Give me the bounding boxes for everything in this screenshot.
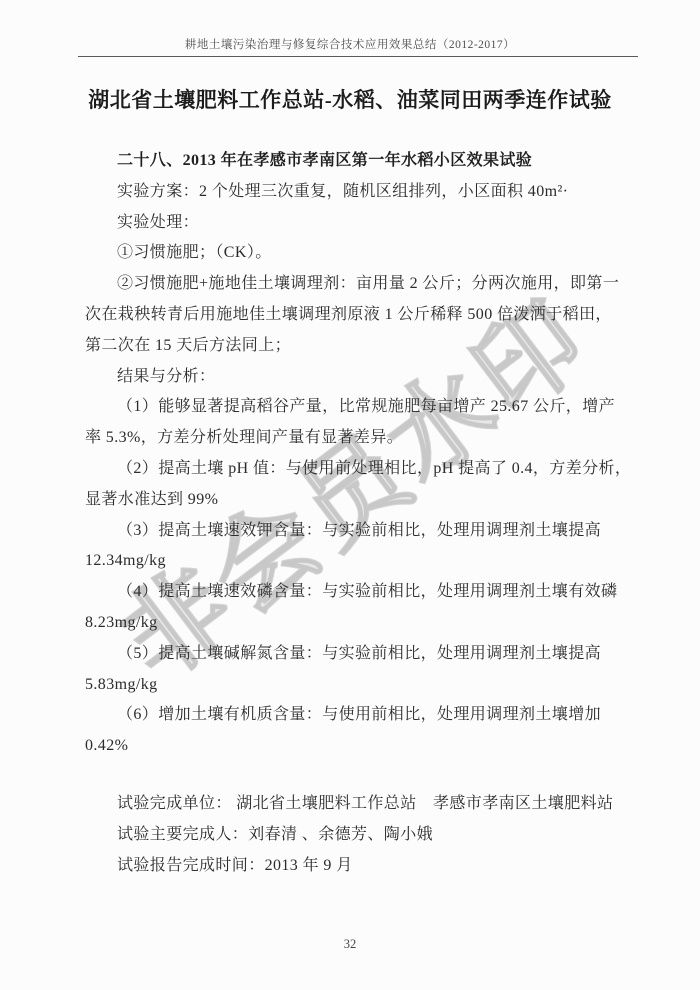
page-content-layer: 耕地土壤污染治理与修复综合技术应用效果总结（2012-2017） 湖北省土壤肥料… [0,0,700,990]
body-line: （4）提高土壤速效磷含量：与实验前相比，处理用调理剂土壤有效磷 [85,577,630,608]
body-line: ①习惯施肥；（CK）。 [85,238,630,269]
body-line: （6）增加土壤有机质含量：与使用前相比，处理用调理剂土壤增加 [85,700,630,731]
report-date-line: 试验报告完成时间：2013 年 9 月 [85,851,630,882]
body-line: （3）提高土壤速效钾含量：与实验前相比，处理用调理剂土壤提高 [85,516,630,547]
body-line: （1）能够显著提高稻谷产量，比常规施肥每亩增产 25.67 公斤，增产 [85,392,630,423]
body-line: （5）提高土壤碱解氮含量：与实验前相比，处理用调理剂土壤提高 [85,639,630,670]
section-heading: 二十八、2013 年在孝感市孝南区第一年水稻小区效果试验 [85,146,630,177]
body-line: 第二次在 15 天后方法同上； [85,331,630,362]
body-line: 显著水准达到 99% [85,485,630,516]
body-line: （2）提高土壤 pH 值：与使用前处理相比，pH 提高了 0.4，方差分析， [85,454,630,485]
body-line: 实验处理： [85,208,630,239]
completion-info-block: 试验完成单位： 湖北省土壤肥料工作总站 孝感市孝南区土壤肥料站 试验主要完成人：… [85,789,630,881]
document-page: 非会员水印 耕地土壤污染治理与修复综合技术应用效果总结（2012-2017） 湖… [0,0,700,990]
body-line: 12.34mg/kg [85,546,630,577]
body-line: 5.83mg/kg [85,670,630,701]
running-header: 耕地土壤污染治理与修复综合技术应用效果总结（2012-2017） [0,36,700,52]
completion-people-line: 试验主要完成人：刘春清 、余德芳、陶小娥 [85,820,630,851]
completion-unit-line: 试验完成单位： 湖北省土壤肥料工作总站 孝感市孝南区土壤肥料站 [85,789,630,820]
body-line: 8.23mg/kg [85,608,630,639]
header-rule [78,56,638,57]
document-title: 湖北省土壤肥料工作总站-水稻、油菜同田两季连作试验 [0,84,700,114]
body-line: 率 5.3%，方差分析处理间产量有显著差异。 [85,423,630,454]
body-line: 次在栽秧转青后用施地佳土壤调理剂原液 1 公斤稀释 500 倍泼洒于稻田， [85,300,630,331]
document-body: 二十八、2013 年在孝感市孝南区第一年水稻小区效果试验 实验方案：2 个处理三… [85,146,630,881]
page-number: 32 [0,937,700,952]
body-line: 结果与分析： [85,362,630,393]
body-line: ②习惯施肥+施地佳土壤调理剂：亩用量 2 公斤；分两次施用，即第一 [85,269,630,300]
body-line: 0.42% [85,731,630,762]
body-line: 实验方案：2 个处理三次重复，随机区组排列，小区面积 40m²· [85,177,630,208]
